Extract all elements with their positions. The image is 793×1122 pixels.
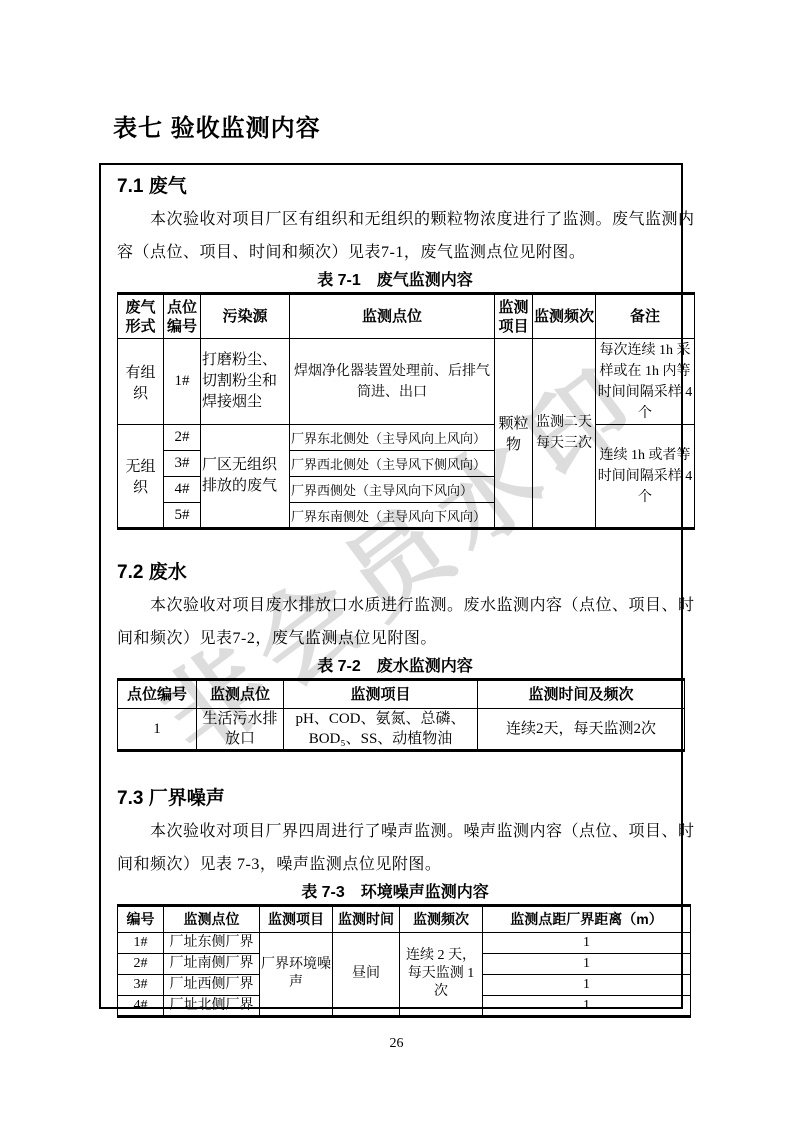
source-cell: 厂区无组织排放的废气 xyxy=(201,425,290,529)
column-header: 废气形式 xyxy=(118,294,164,339)
distance-cell: 1 xyxy=(483,975,691,996)
frequency-cell: 连续2天，每天监测2次 xyxy=(478,709,685,751)
column-header: 监测项目 xyxy=(495,294,533,339)
table-7-2-caption: 表 7-2 废水监测内容 xyxy=(117,656,673,677)
point-cell: 5# xyxy=(164,503,201,529)
location-cell: 厂址西侧厂界 xyxy=(164,975,260,996)
column-header: 监测点距厂界距离（m） xyxy=(483,906,691,933)
point-cell: 2# xyxy=(118,954,164,975)
source-cell: 打磨粉尘、切割粉尘和焊接烟尘 xyxy=(201,339,290,425)
paragraph-line: 容（点位、项目、时间和频次）见表7-1，废气监测点位见附图。 xyxy=(117,236,673,269)
column-header: 监测频次 xyxy=(533,294,596,339)
point-cell: 3# xyxy=(118,975,164,996)
column-header: 监测点位 xyxy=(164,906,260,933)
point-cell: 2# xyxy=(164,425,201,451)
column-header: 点位编号 xyxy=(164,294,201,339)
table-7-3: 编号 监测点位 监测项目 监测时间 监测频次 监测点距厂界距离（m） 1# 厂址… xyxy=(117,904,691,1018)
section-7-2-heading: 7.2 废水 xyxy=(117,561,675,585)
table-7-1: 废气形式 点位编号 污染源 监测点位 监测项目 监测频次 备注 有组织 1# 打… xyxy=(117,292,695,530)
column-header: 编号 xyxy=(118,906,164,933)
paragraph-line: 间和频次）见表 7-3，噪声监测点位见附图。 xyxy=(117,848,673,881)
column-header: 污染源 xyxy=(201,294,290,339)
column-header: 监测时间及频次 xyxy=(478,680,685,709)
point-cell: 4# xyxy=(118,996,164,1017)
note-cell: 每次连续 1h 采样或在 1h 内等时间间隔采样 4 个 xyxy=(596,339,695,425)
table-row: 1 生活污水排放口 pH、COD、氨氮、总磷、BOD₅、SS、动植物油 连续2天… xyxy=(118,709,685,751)
paragraph-line: 本次验收对项目厂区有组织和无组织的颗粒物浓度进行了监测。废气监测内 xyxy=(117,203,673,236)
table-header-row: 废气形式 点位编号 污染源 监测点位 监测项目 监测频次 备注 xyxy=(118,294,695,339)
location-cell: 厂界东南侧处（主导风向下风向） xyxy=(290,503,495,529)
table-header-row: 编号 监测点位 监测项目 监测时间 监测频次 监测点距厂界距离（m） xyxy=(118,906,691,933)
point-cell: 1 xyxy=(118,709,197,751)
column-header: 点位编号 xyxy=(118,680,197,709)
gas-type-cell: 无组织 xyxy=(118,425,164,529)
column-header: 监测项目 xyxy=(284,680,478,709)
location-cell: 厂址南侧厂界 xyxy=(164,954,260,975)
items-cell: pH、COD、氨氮、总磷、BOD₅、SS、动植物油 xyxy=(284,709,478,751)
column-header: 监测点位 xyxy=(197,680,284,709)
section-7-1-paragraph: 本次验收对项目厂区有组织和无组织的颗粒物浓度进行了监测。废气监测内 容（点位、项… xyxy=(117,203,673,269)
location-cell: 厂址东侧厂界 xyxy=(164,933,260,954)
note-cell: 连续 1h 或者等时间间隔采样 4 个 xyxy=(596,425,695,529)
content-frame: 7.1 废气 本次验收对项目厂区有组织和无组织的颗粒物浓度进行了监测。废气监测内… xyxy=(99,163,683,1009)
column-header: 监测项目 xyxy=(260,906,333,933)
location-cell: 厂界西北侧处（主导风下侧风向） xyxy=(290,451,495,477)
column-header: 备注 xyxy=(596,294,695,339)
table-row: 无组织 2# 厂区无组织排放的废气 厂界东北侧处（主导风向上风向） 连续 1h … xyxy=(118,425,695,451)
paragraph-line: 间和频次）见表7-2，废气监测点位见附图。 xyxy=(117,622,673,655)
paragraph-line: 本次验收对项目厂界四周进行了噪声监测。噪声监测内容（点位、项目、时 xyxy=(117,815,673,848)
point-cell: 4# xyxy=(164,477,201,503)
column-header: 监测时间 xyxy=(333,906,400,933)
page-title: 表七 验收监测内容 xyxy=(113,108,321,143)
item-cell: 厂界环境噪声 xyxy=(260,933,333,1017)
column-header: 监测点位 xyxy=(290,294,495,339)
distance-cell: 1 xyxy=(483,933,691,954)
point-cell: 1# xyxy=(118,933,164,954)
page-number: 26 xyxy=(0,1036,793,1052)
table-7-3-caption: 表 7-3 环境噪声监测内容 xyxy=(117,882,673,903)
distance-cell: 1 xyxy=(483,954,691,975)
gas-type-cell: 有组织 xyxy=(118,339,164,425)
point-cell: 3# xyxy=(164,451,201,477)
frequency-cell: 连续 2 天，每天监测 1 次 xyxy=(400,933,483,1017)
location-cell: 厂界东北侧处（主导风向上风向） xyxy=(290,425,495,451)
table-7-1-caption: 表 7-1 废气监测内容 xyxy=(117,270,673,291)
section-7-3-heading: 7.3 厂界噪声 xyxy=(117,787,675,811)
table-7-2: 点位编号 监测点位 监测项目 监测时间及频次 1 生活污水排放口 pH、COD、… xyxy=(117,678,685,752)
section-7-2-paragraph: 本次验收对项目废水排放口水质进行监测。废水监测内容（点位、项目、时 间和频次）见… xyxy=(117,589,673,655)
location-cell: 生活污水排放口 xyxy=(197,709,284,751)
table-header-row: 点位编号 监测点位 监测项目 监测时间及频次 xyxy=(118,680,685,709)
item-cell: 颗粒物 xyxy=(495,339,533,529)
column-header: 监测频次 xyxy=(400,906,483,933)
paragraph-line: 本次验收对项目废水排放口水质进行监测。废水监测内容（点位、项目、时 xyxy=(117,589,673,622)
distance-cell: 1 xyxy=(483,996,691,1017)
location-cell: 厂址北侧厂界 xyxy=(164,996,260,1017)
section-7-3-paragraph: 本次验收对项目厂界四周进行了噪声监测。噪声监测内容（点位、项目、时 间和频次）见… xyxy=(117,815,673,881)
frequency-cell: 监测二天每天三次 xyxy=(533,339,596,529)
table-row: 1# 厂址东侧厂界 厂界环境噪声 昼间 连续 2 天，每天监测 1 次 1 xyxy=(118,933,691,954)
table-row: 有组织 1# 打磨粉尘、切割粉尘和焊接烟尘 焊烟净化器装置处理前、后排气筒进、出… xyxy=(118,339,695,425)
location-cell: 焊烟净化器装置处理前、后排气筒进、出口 xyxy=(290,339,495,425)
section-7-1-heading: 7.1 废气 xyxy=(117,175,675,199)
time-cell: 昼间 xyxy=(333,933,400,1017)
point-cell: 1# xyxy=(164,339,201,425)
location-cell: 厂界西侧处（主导风向下风向） xyxy=(290,477,495,503)
